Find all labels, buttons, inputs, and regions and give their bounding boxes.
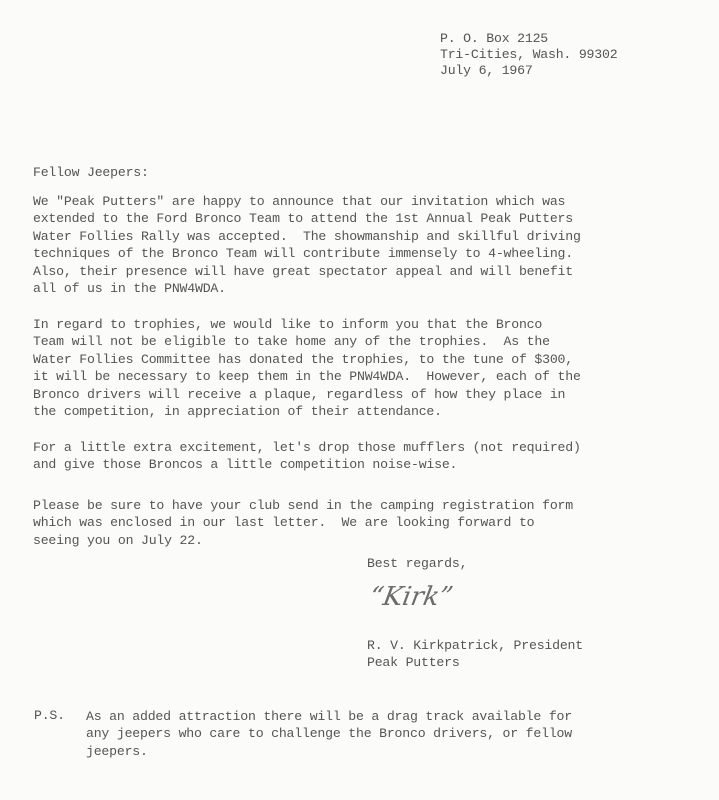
paragraph-line: Please be sure to have your club send in… [33, 497, 573, 514]
postscript-line: jeepers. [86, 743, 572, 760]
postscript-label: P.S. [34, 708, 65, 723]
paragraph-line: In regard to trophies, we would like to … [33, 316, 581, 333]
paragraph-line: We "Peak Putters" are happy to announce … [33, 193, 581, 210]
paragraph-line: Bronco drivers will receive a plaque, re… [33, 386, 581, 403]
address-po-box: P. O. Box 2125 [440, 31, 617, 47]
postscript-body: As an added attraction there will be a d… [86, 708, 572, 760]
paragraph-line: For a little extra excitement, let's dro… [33, 439, 581, 456]
paragraph-mufflers: For a little extra excitement, let's dro… [33, 439, 581, 474]
paragraph-line: Also, their presence will have great spe… [33, 263, 581, 280]
paragraph-registration: Please be sure to have your club send in… [33, 497, 573, 549]
signer-block: R. V. Kirkpatrick, President Peak Putter… [367, 637, 583, 671]
signer-organization: Peak Putters [367, 654, 583, 671]
paragraph-line: Water Follies Committee has donated the … [33, 351, 581, 368]
letter-date: July 6, 1967 [440, 63, 617, 79]
paragraph-line: and give those Broncos a little competit… [33, 456, 581, 473]
paragraph-line: Water Follies Rally was accepted. The sh… [33, 228, 581, 245]
salutation: Fellow Jeepers: [33, 164, 149, 181]
paragraph-line: the competition, in appreciation of thei… [33, 403, 581, 420]
paragraph-line: techniques of the Bronco Team will contr… [33, 245, 581, 262]
signer-name-title: R. V. Kirkpatrick, President [367, 637, 583, 654]
paragraph-announcement: We "Peak Putters" are happy to announce … [33, 193, 581, 297]
paragraph-line: Team will not be eligible to take home a… [33, 333, 581, 350]
postscript-line: As an added attraction there will be a d… [86, 708, 572, 725]
sender-address-block: P. O. Box 2125 Tri-Cities, Wash. 99302 J… [440, 31, 617, 79]
paragraph-line: it will be necessary to keep them in the… [33, 368, 581, 385]
closing: Best regards, [367, 556, 467, 571]
handwritten-signature: “Kirk” [367, 582, 455, 612]
address-city: Tri-Cities, Wash. 99302 [440, 47, 617, 63]
paragraph-trophies: In regard to trophies, we would like to … [33, 316, 581, 420]
paragraph-line: seeing you on July 22. [33, 532, 573, 549]
paragraph-line: all of us in the PNW4WDA. [33, 280, 581, 297]
postscript-line: any jeepers who care to challenge the Br… [86, 725, 572, 742]
paragraph-line: extended to the Ford Bronco Team to atte… [33, 210, 581, 227]
paragraph-line: which was enclosed in our last letter. W… [33, 514, 573, 531]
